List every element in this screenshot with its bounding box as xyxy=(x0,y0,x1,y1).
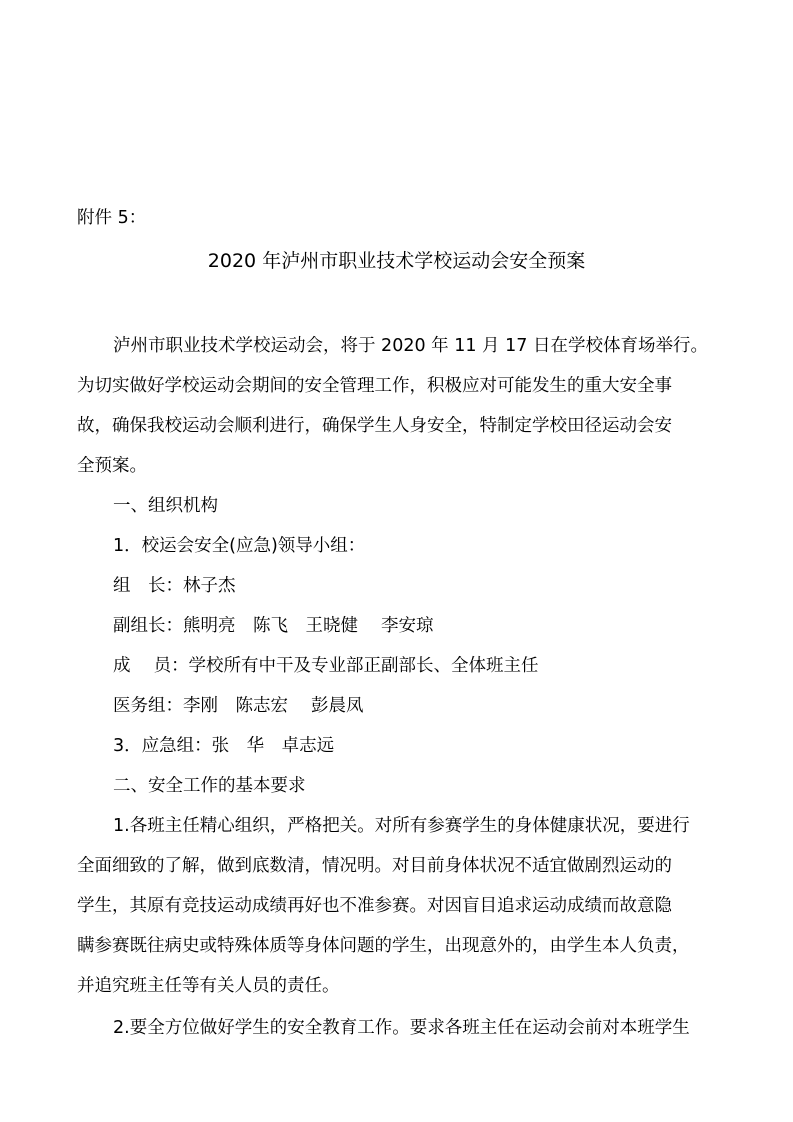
group-leader: 组 长：林子杰 xyxy=(113,575,236,597)
intro-line-2: 为切实做好学校运动会期间的安全管理工作，积极应对可能发生的重大安全事 xyxy=(77,375,672,397)
document-title: 2020 年泸州市职业技术学校运动会安全预案 xyxy=(0,249,793,273)
attachment-label: 附件 5： xyxy=(77,207,146,229)
section1-heading: 一、组织机构 xyxy=(113,495,218,517)
medical-group: 医务组：李刚 陈志宏 彭晨凤 xyxy=(113,695,364,717)
item1-line-2: 全面细致的了解，做到底数清，情况明。对目前身体状况不适宜做剧烈运动的 xyxy=(77,855,672,877)
intro-line-1: 泸州市职业技术学校运动会，将于 2020 年 11 月 17 日在学校体育场举行… xyxy=(113,335,708,357)
intro-line-4: 全预案。 xyxy=(77,455,147,477)
item1-line-5: 并追究班主任等有关人员的责任。 xyxy=(77,975,340,997)
deputy-leaders: 副组长：熊明亮 陈飞 王晓健 李安琼 xyxy=(113,615,434,637)
item1-line-4: 瞒参赛既往病史或特殊体质等身体问题的学生，出现意外的，由学生本人负责， xyxy=(77,935,690,957)
item2-line-1: 2.要全方位做好学生的安全教育工作。要求各班主任在运动会前对本班学生 xyxy=(113,1017,690,1039)
item1-line-3: 学生，其原有竞技运动成绩再好也不准参赛。对因盲目追求运动成绩而故意隐 xyxy=(77,895,672,917)
item1-line-1: 1.各班主任精心组织，严格把关。对所有参赛学生的身体健康状况，要进行 xyxy=(113,815,690,837)
emergency-group: 3．应急组：张 华 卓志远 xyxy=(113,735,334,757)
intro-line-3: 故，确保我校运动会顺利进行，确保学生人身安全，特制定学校田径运动会安 xyxy=(77,415,672,437)
group-members: 成 员：学校所有中干及专业部正副部长、全体班主任 xyxy=(113,655,539,677)
leadership-group-heading: 1．校运会安全(应急)领导小组： xyxy=(113,535,365,557)
section2-heading: 二、安全工作的基本要求 xyxy=(113,775,306,797)
